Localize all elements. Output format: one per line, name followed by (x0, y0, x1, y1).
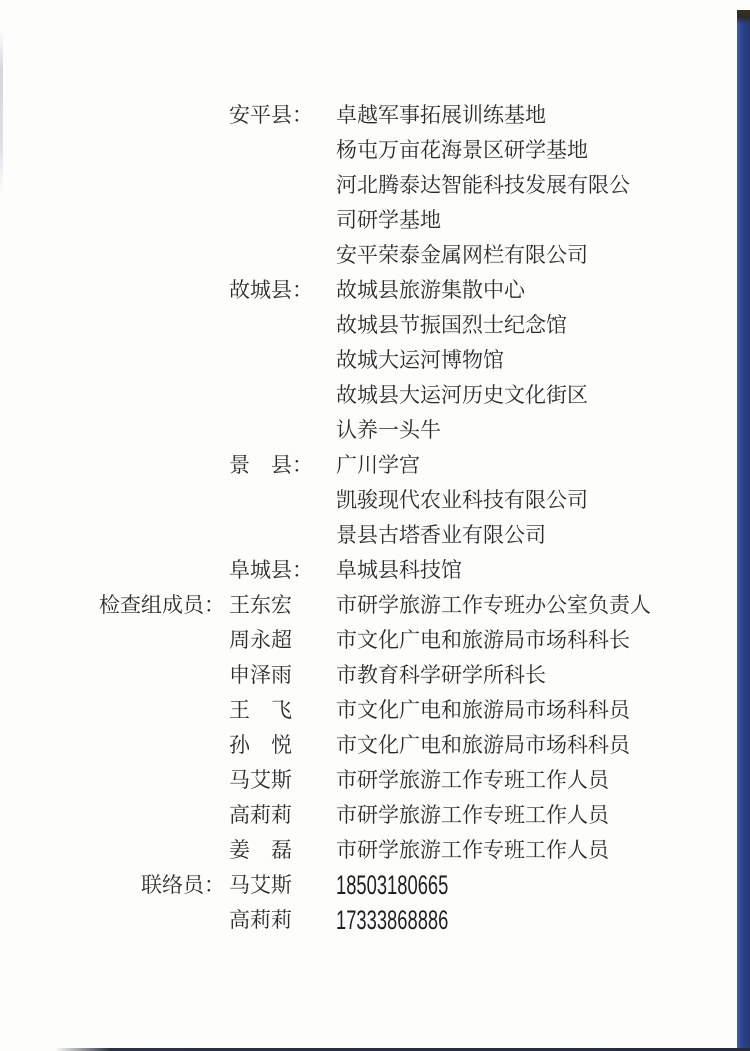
section-label (0, 798, 225, 833)
county-label (225, 378, 336, 413)
member-title: 市文化广电和旅游局市场科科员 (336, 728, 730, 763)
member-name: 王东宏 (225, 588, 336, 623)
member-title: 市文化广电和旅游局市场科科长 (336, 623, 730, 658)
scan-edge-right-strip (737, 10, 750, 1051)
member-title: 市研学旅游工作专班工作人员 (336, 763, 730, 798)
base-name: 故城县旅游集散中心 (336, 273, 730, 308)
document-page: 安平县： 卓越军事拓展训练基地 杨屯万亩花海景区研学基地 河北腾泰达智能科技发展… (0, 0, 750, 1051)
member-name: 孙 悦 (225, 728, 336, 763)
document-line: 安平县： 卓越军事拓展训练基地 (0, 98, 730, 133)
section-label (0, 658, 225, 693)
member-title: 市研学旅游工作专班工作人员 (336, 833, 730, 868)
county-label (225, 133, 336, 168)
member-title: 市研学旅游工作专班工作人员 (336, 798, 730, 833)
base-name: 认养一头牛 (336, 413, 730, 448)
county-label: 安平县： (225, 98, 336, 133)
section-label (0, 343, 225, 378)
document-line: 阜城县： 阜城县科技馆 (0, 553, 730, 588)
base-name: 广川学宫 (336, 448, 730, 483)
base-name: 凯骏现代农业科技有限公司 (336, 483, 730, 518)
section-label (0, 168, 225, 203)
base-name: 河北腾泰达智能科技发展有限公 (336, 168, 730, 203)
section-label (0, 238, 225, 273)
document-line: 马艾斯 市研学旅游工作专班工作人员 (0, 763, 730, 798)
base-name: 卓越军事拓展训练基地 (336, 98, 730, 133)
scan-edge-left-line (0, 30, 3, 195)
document-line: 故城县节振国烈士纪念馆 (0, 308, 730, 343)
document-line: 故城县： 故城县旅游集散中心 (0, 273, 730, 308)
county-label (225, 238, 336, 273)
section-label (0, 308, 225, 343)
section-label: 检查组成员： (0, 588, 225, 623)
liaison-phone-number: 18503180665 (336, 868, 730, 903)
section-label (0, 518, 225, 553)
county-label (225, 518, 336, 553)
document-line: 故城县大运河历史文化街区 (0, 378, 730, 413)
county-label (225, 203, 336, 238)
base-name: 景县古塔香业有限公司 (336, 518, 730, 553)
document-line: 姜 磊 市研学旅游工作专班工作人员 (0, 833, 730, 868)
document-line: 孙 悦 市文化广电和旅游局市场科科员 (0, 728, 730, 763)
document-line: 认养一头牛 (0, 413, 730, 448)
member-name: 马艾斯 (225, 763, 336, 798)
document-line: 司研学基地 (0, 203, 730, 238)
member-name: 周永超 (225, 623, 336, 658)
county-label: 景 县： (225, 448, 336, 483)
base-name: 故城县节振国烈士纪念馆 (336, 308, 730, 343)
document-line: 安平荣泰金属网栏有限公司 (0, 238, 730, 273)
phone-digits: 17333868886 (336, 903, 448, 938)
member-name: 姜 磊 (225, 833, 336, 868)
county-label: 故城县： (225, 273, 336, 308)
base-name: 安平荣泰金属网栏有限公司 (336, 238, 730, 273)
document-line: 故城大运河博物馆 (0, 343, 730, 378)
county-label (225, 413, 336, 448)
document-line: 王 飞 市文化广电和旅游局市场科科员 (0, 693, 730, 728)
document-body: 安平县： 卓越军事拓展训练基地 杨屯万亩花海景区研学基地 河北腾泰达智能科技发展… (0, 98, 730, 938)
document-line: 高莉莉 17333868886 (0, 903, 730, 938)
base-name: 司研学基地 (336, 203, 730, 238)
section-label (0, 483, 225, 518)
section-label (0, 903, 225, 938)
county-label (225, 483, 336, 518)
document-line: 杨屯万亩花海景区研学基地 (0, 133, 730, 168)
section-label (0, 413, 225, 448)
member-title: 市文化广电和旅游局市场科科员 (336, 693, 730, 728)
member-name: 王 飞 (225, 693, 336, 728)
document-line: 河北腾泰达智能科技发展有限公 (0, 168, 730, 203)
section-label (0, 728, 225, 763)
document-line: 周永超 市文化广电和旅游局市场科科长 (0, 623, 730, 658)
county-label (225, 343, 336, 378)
base-name: 阜城县科技馆 (336, 553, 730, 588)
document-line: 检查组成员： 王东宏 市研学旅游工作专班办公室负责人 (0, 588, 730, 623)
liaison-name: 高莉莉 (225, 903, 336, 938)
document-line: 景县古塔香业有限公司 (0, 518, 730, 553)
liaison-phone-number: 17333868886 (336, 903, 730, 938)
document-line: 景 县： 广川学宫 (0, 448, 730, 483)
member-name: 申泽雨 (225, 658, 336, 693)
section-label (0, 133, 225, 168)
phone-digits: 18503180665 (336, 868, 448, 903)
section-label (0, 623, 225, 658)
document-line: 凯骏现代农业科技有限公司 (0, 483, 730, 518)
section-label (0, 693, 225, 728)
section-label (0, 763, 225, 798)
document-line: 申泽雨 市教育科学研学所科长 (0, 658, 730, 693)
section-label (0, 378, 225, 413)
county-label: 阜城县： (225, 553, 336, 588)
section-label (0, 98, 225, 133)
document-line: 高莉莉 市研学旅游工作专班工作人员 (0, 798, 730, 833)
section-label (0, 833, 225, 868)
section-label (0, 553, 225, 588)
section-label (0, 448, 225, 483)
member-title: 市教育科学研学所科长 (336, 658, 730, 693)
member-name: 高莉莉 (225, 798, 336, 833)
section-label (0, 273, 225, 308)
member-title: 市研学旅游工作专班办公室负责人 (336, 588, 730, 623)
base-name: 故城县大运河历史文化街区 (336, 378, 730, 413)
document-line: 联络员： 马艾斯 18503180665 (0, 868, 730, 903)
base-name: 故城大运河博物馆 (336, 343, 730, 378)
section-label (0, 203, 225, 238)
county-label (225, 308, 336, 343)
base-name: 杨屯万亩花海景区研学基地 (336, 133, 730, 168)
section-label: 联络员： (0, 868, 225, 903)
county-label (225, 168, 336, 203)
liaison-name: 马艾斯 (225, 868, 336, 903)
